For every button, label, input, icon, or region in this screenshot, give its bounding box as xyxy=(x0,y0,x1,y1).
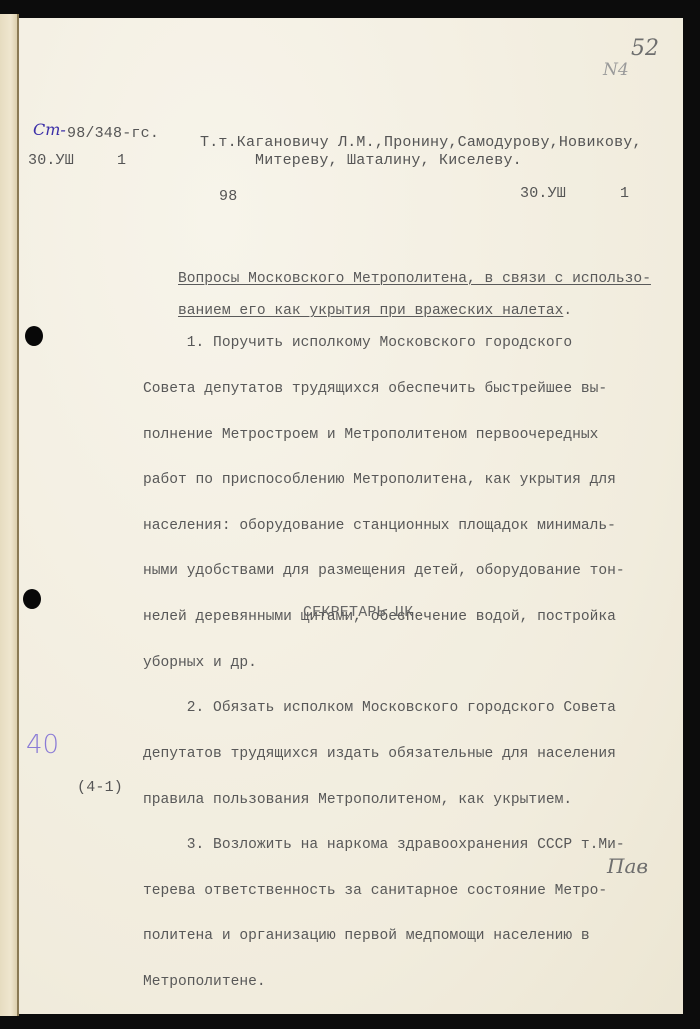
punch-hole xyxy=(25,326,43,346)
body-line: Совета депутатов трудящихся обеспечить б… xyxy=(143,382,625,397)
protocol-reference: 98/348-гс. xyxy=(67,125,159,142)
body-line: правила пользования Метрополитеном, как … xyxy=(143,793,625,808)
footer-code: (4-1) xyxy=(77,779,123,796)
subject-line-1: Вопросы Московского Метрополитена, в свя… xyxy=(178,271,651,287)
left-item-number: 1 xyxy=(117,152,126,169)
document-page: 52 N4 Ст- 98/348-гс. 30.УШ 1 Т.т.Каганов… xyxy=(19,18,683,1014)
body-line: работ по приспособлению Метрополитена, к… xyxy=(143,473,625,488)
adjacent-page-edge xyxy=(0,14,18,1016)
body-line: 1. Поручить исполкому Московского городс… xyxy=(143,336,625,351)
right-item-number: 1 xyxy=(620,185,629,202)
body-line: полнение Метростроем и Метрополитеном пе… xyxy=(143,428,625,443)
folio-number: 52 xyxy=(631,36,659,61)
body-line: населения: оборудование станционных площ… xyxy=(143,519,625,534)
registry-prefix: Ст- xyxy=(33,120,66,139)
addressees-line-2: Митереву, Шаталину, Киселеву. xyxy=(255,152,522,169)
protocol-number: 98 xyxy=(219,188,237,205)
right-date: 30.УШ xyxy=(520,185,566,202)
left-date: 30.УШ xyxy=(28,152,74,169)
body-line: уборных и др. xyxy=(143,656,625,671)
handwritten-initials: Пав xyxy=(607,854,648,878)
body-line: терева ответственность за санитарное сос… xyxy=(143,884,625,899)
pencil-mark: N4 xyxy=(603,60,629,80)
resolution-body: 1. Поручить исполкому Московского городс… xyxy=(143,306,625,1021)
body-line: политена и организацию первой медпомощи … xyxy=(143,929,625,944)
body-line: 2. Обязать исполком Московского городско… xyxy=(143,701,625,716)
margin-number: 40 xyxy=(26,730,59,760)
signature-block: СЕКРЕТАРЬ ЦК xyxy=(303,604,413,621)
punch-hole xyxy=(23,589,41,609)
addressees-line-1: Т.т.Кагановичу Л.М.,Пронину,Самодурову,Н… xyxy=(200,134,642,151)
body-line: Метрополитене. xyxy=(143,975,625,990)
body-line: 3. Возложить на наркома здравоохранения … xyxy=(143,838,625,853)
body-line: ными удобствами для размещения детей, об… xyxy=(143,564,625,579)
body-line: депутатов трудящихся издать обязательные… xyxy=(143,747,625,762)
